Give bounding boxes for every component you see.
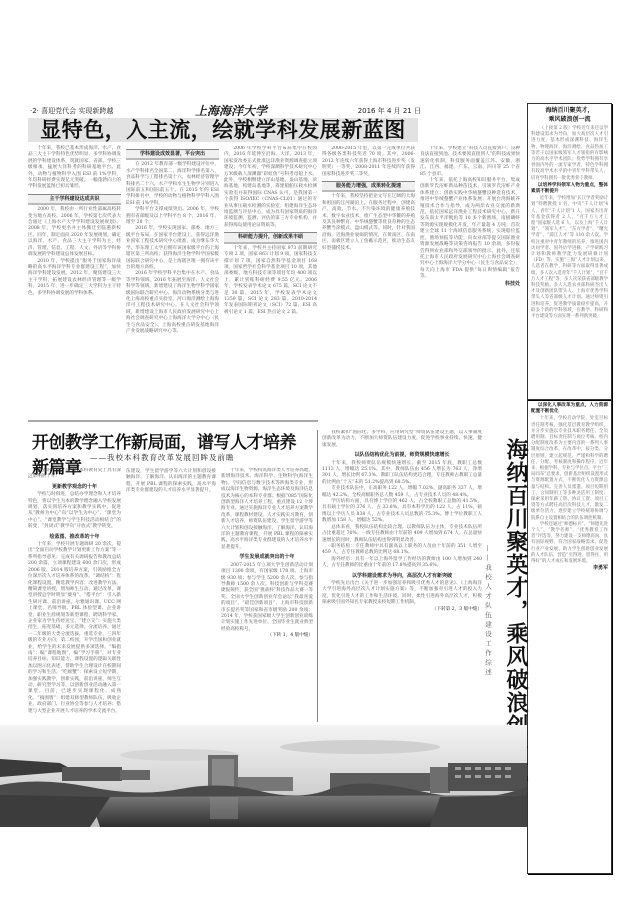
newspaper-logo: 上海海洋大学 xyxy=(195,102,267,119)
article2-column-3: 十年来，学校构筑海洋类人才培养高地，新增海洋技术、海洋科学、生物科学(海洋生物)… xyxy=(221,468,313,722)
article1-column-3: 2006 年学校学科平台布局集中在校园内，2016 年延伸至沿海、大洋。2013… xyxy=(224,146,317,416)
sidebar-paragraph: 学校还通过“师德标兵”、“师德先进个人”、“教学名师”、“优秀教育工作者”评选等… xyxy=(531,522,608,565)
article2-paragraph: 十年来，学校开展专题调研 20 余次，提出“全面启动学校教学计划更新工作方案”等… xyxy=(28,542,121,715)
article3-paragraph: 总体来看，我校队伍结构比较合理。以教师队伍为主体，专业技术队伍所占比重超过 70… xyxy=(322,525,482,544)
article1-paragraph: 2006 年学校学科平台布局集中在校园内，2016 年延伸至沿海、大洋。2013… xyxy=(224,146,317,229)
article1-paragraph: 十年来，学校建立“科技人员直接到户、良种良法直接到池、技术要领直接到人”的科技成… xyxy=(420,146,520,178)
article1-section-2-title: 学科建设成效显著，平台突出 xyxy=(126,149,219,160)
sidebar-box-continued: 以深化人事改革为重点，人力资源配置不断优化 十年来，学校启动学院、处室目标责任制… xyxy=(527,400,612,874)
article3-paragraph: 学历结构方面，具有博士学位的 462 人，占全校教职工总数的 41.5%，具有硕… xyxy=(322,499,482,525)
article1-section-1-title: 主干学科建设达成共识 xyxy=(28,194,121,205)
article3-intro: 我校紧扣“国际化、多学科、应用研究型”师资队伍建设主题，以人事制度创新改革为动力… xyxy=(322,430,482,449)
article1-column-4: 2006-2015 年里，以第一完成单位共获得各级各类科技奖近 70 项。其中，… xyxy=(322,146,415,416)
article3-byline: ——我校人才队伍建设工作综述 xyxy=(484,545,493,678)
article1-paragraph: 十年来，我校坚持把论文写在辽阔的大海和祖国的江河湖泊上。在服务过程中，创建高产、… xyxy=(322,194,415,252)
campus-photo xyxy=(0,725,527,827)
article3-paragraph: 十年来，我校师资队伍规模快速增长。截至 2015 年底，教职工总数 1113 人… xyxy=(322,461,482,487)
article1-signature: 科技处 xyxy=(505,281,520,287)
sidebar-body: （上接第 2 版）学校近年来还以学科建设需求为导向，加大高层次人才引进力度，基本… xyxy=(528,124,611,322)
article2-section-title: 学生发展成就突出的十年 xyxy=(221,554,313,560)
sidebar-body-continued: 以深化人事改革为重点，人力资源配置不断优化 十年来，学校启动学院、处室目标责任制… xyxy=(528,400,611,567)
article3-paragraph: 海外经历：具有一年以上海外留学工作经历的教师由 100 人增加到 240 人，占… xyxy=(322,557,482,570)
article1-paragraph: 2010 年，学校提出“服务于国家海洋战略的高水平海洋学科专业群建设工程”，加快… xyxy=(28,259,121,297)
article3-continued-note: （下转第 2，3 版中缝） xyxy=(322,607,482,613)
article3-section-title: 以队伍结构优化为前提，师资规模快速增长 xyxy=(322,452,482,458)
section-divider xyxy=(28,420,318,422)
article1-column-1: 十年来，我校已基本形成海洋、水产、食品三大主干学科特色优势明显，多学科协调发展的… xyxy=(28,146,121,297)
campus-lake-panorama-image xyxy=(0,725,527,827)
article2-section-title: 绘蓝图、推改革的十年 xyxy=(28,534,121,540)
article1-column-5: 十年来，学校建立“科技人员直接到户、良种良法直接到池、技术要领直接到人”的科技成… xyxy=(420,146,520,416)
article1-paragraph: 十年来，学校共主持国家 973 前期研究专项 2 项，国家 863 计划 9 项… xyxy=(224,246,317,316)
article1-paragraph: 2006-2015 年里，以第一完成单位共获得各级各类科技奖近 70 项。其中，… xyxy=(322,146,415,178)
article1-headline-band: 显特色，入主流，绘就学科发展新蓝图 xyxy=(28,118,418,142)
sidebar-intro: （上接第 2 版）学校近年来还以学科建设需求为导向，加大高层次人才引进力度，基本… xyxy=(531,126,608,182)
article2-subtitle: ——我校本科教育改革发展回眸及前瞻 xyxy=(90,452,235,463)
article2-column-2: 十年来，学校开展专题调研 20 余次，提出“全面启动学校教学计划更新工作方案”等… xyxy=(126,468,216,722)
issue-date: 2016 年 4 月 21 日 xyxy=(358,106,421,116)
article2-intro: 过去的十年，是学校本科教育史上具有深远影响的十年： xyxy=(28,468,121,481)
article1-section-4-title: 服务能力增强，成果转化提速 xyxy=(322,181,415,192)
article3-body: 我校紧扣“国际化、多学科、应用研究型”师资队伍建设主题，以人事制度创新改革为动力… xyxy=(322,430,482,722)
sidebar-title-line-2: 乘风破浪创一流 xyxy=(528,115,611,124)
article1-paragraph: 学科平台支撑成绩突出。2006 年，学校拥有省部级及以上学科平台 8 个，201… xyxy=(126,207,219,226)
sidebar-paragraph: 近年来，学校增加“长江学者奖励计划”特聘教授 1 名，中央“千人计划”4 人，青… xyxy=(531,196,608,320)
article1-paragraph: 十年来，依托上海高校知识服务平台，集成创新罗氏沼虾新品种苗技术，引领罗氏沼虾产业… xyxy=(420,178,520,281)
sidebar-title: 海纳百川聚英才， 乘风破浪创一流 xyxy=(528,106,611,124)
article3-paragraph: 职务结构：专任教师中具有副高以上职务的人员由十年前的 351 人增至 459 人… xyxy=(322,544,482,557)
article1-paragraph: 2016 年学校学科平台集中在水产、食品等学科领域，2016 年拓展至海洋、人文… xyxy=(126,271,219,335)
article2-section-title: 更新教学观念的十年 xyxy=(28,484,121,490)
article1-paragraph: 在 2012 年教育部一级学科建设评估中，水产学科排名全国第二，海洋科学排名第八… xyxy=(126,162,219,207)
sidebar-section-title: 以深化人事改革为重点，人力资源配置不断优化 xyxy=(531,403,608,415)
page-section-label: ·2· 喜迎党代会 实现新跨越 xyxy=(30,106,113,116)
column-rule xyxy=(317,430,318,722)
sidebar-title-line-1: 海纳百川聚英才， xyxy=(528,106,611,115)
sidebar-signature: 李勇军 xyxy=(593,565,608,571)
article3-paragraph: 学校先后出台《关于进一步加强培养和吸引优秀人才的意见》、《上海海洋大学引进海外高… xyxy=(322,581,482,607)
article2-paragraph: 学校与时俱进，总结办学理念和人才培养特色，将以学生为本的教学理念融入学校发展规划… xyxy=(28,492,121,530)
article1-intro: 十年来，我校已基本形成海洋、水产、食品三大主干学科特色优势明显，多学科协调发展的… xyxy=(28,146,121,191)
article2-column-1: 过去的十年，是学校本科教育史上具有深远影响的十年： 更新教学观念的十年 学校与时… xyxy=(28,468,121,722)
article1-column-2: 学科建设成效显著，平台突出 在 2012 年教育部一级学科建设评估中，水产学科排… xyxy=(126,146,219,416)
sidebar-box: 海纳百川聚英才， 乘风破浪创一流 （上接第 2 版）学校近年来还以学科建设需求为… xyxy=(527,103,612,400)
article3-paragraph: 专业技术队伍中，正高职务 122 人，增幅 7.02%，副高职务 337 人，增… xyxy=(322,486,482,499)
article1-paragraph: 2016 年，学校实现国家、部委、地方三级平台布局。在国家平台建设上，获得远洋渔… xyxy=(126,226,219,271)
sidebar-paragraph: 十年来，学校启动学院、处室目标责任制考核，强化基层教育教学组织，并分步实施以专业… xyxy=(531,416,608,521)
article1-headline: 显特色，入主流，绘就学科发展新蓝图 xyxy=(28,118,418,142)
article2-continued-note: （下转 1，4 版中缝） xyxy=(221,633,313,639)
sidebar-section-title: 以培养学科领军人物为重点，整体素质不断提升 xyxy=(531,183,608,195)
article2-paragraph: 十年来，学校构筑海洋类人才培养高地，新增海洋技术、海洋科学、生物科学(海洋生物)… xyxy=(221,468,313,551)
article1-section-3-title: 科研能力提升，创新成果丰硕 xyxy=(224,232,317,243)
article1-paragraph: 2000 年，我校由一所行业性部属高校转变为地方高校。2006 年，学校第七次代… xyxy=(28,207,121,258)
article2-paragraph: 十年来，学校构筑海洋类人才培养高地，新增海洋技术、海洋科学、生物科学(海洋生物)… xyxy=(126,468,216,494)
article3-section-title: 以学科建设需求为导向，高层次人才有新突破 xyxy=(322,573,482,579)
article2-paragraph: 2007-2015 年立项大学生创新活动计划项目 1300 余项，有国家级 17… xyxy=(221,563,313,633)
